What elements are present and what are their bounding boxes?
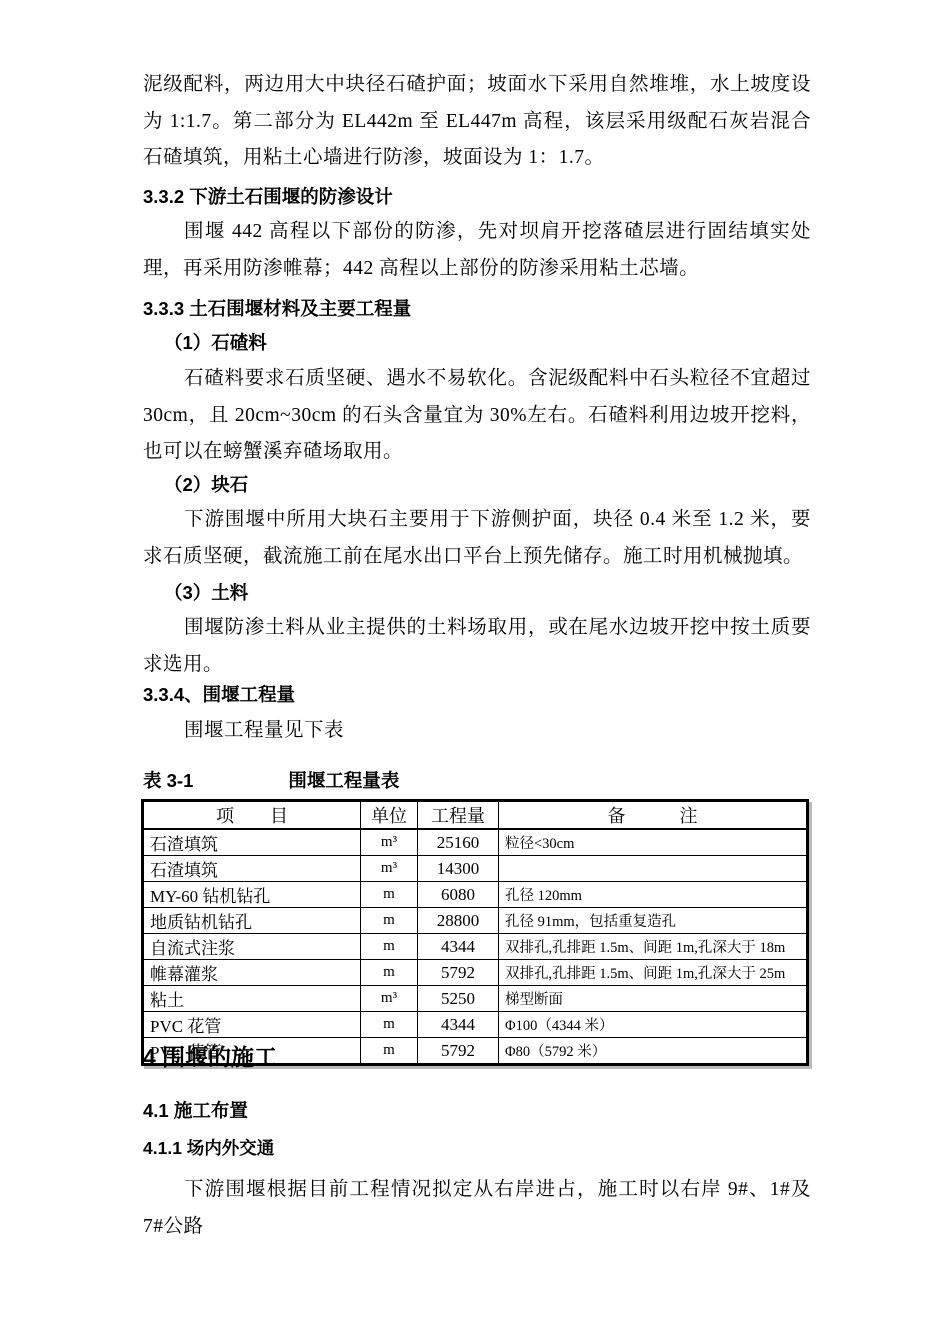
cell-unit: m³	[361, 829, 418, 856]
table-row: 地质钻机钻孔 m 28800 孔径 91mm，包括重复造孔	[143, 908, 808, 934]
col-header-remark: 备 注	[499, 801, 808, 830]
cell-remark: 双排孔,孔排距 1.5m、间距 1m,孔深大于 18m	[499, 934, 808, 960]
cell-quantity: 4344	[418, 934, 499, 960]
table-row: 石渣填筑 m³ 25160 粒径<30cm	[143, 829, 808, 856]
cell-remark: 粒径<30cm	[499, 829, 808, 856]
item-heading-2: （2）块石	[143, 472, 811, 497]
cell-quantity: 14300	[418, 856, 499, 882]
cell-item: 粘土	[143, 986, 361, 1012]
table-caption-title: 围堰工程量表	[288, 768, 399, 793]
cell-unit: m	[361, 960, 418, 986]
quantity-table: 项 目 单位 工程量 备 注 石渣填筑 m³ 25160 粒径<30cm 石渣填…	[141, 799, 809, 1066]
cell-remark: 梯型断面	[499, 986, 808, 1012]
cell-quantity: 6080	[418, 882, 499, 908]
paragraph-4-1-1: 下游围堰根据目前工程情况拟定从右岸进占，施工时以右岸 9#、1#及 7#公路	[143, 1172, 811, 1245]
table-row: 自流式注浆 m 4344 双排孔,孔排距 1.5m、间距 1m,孔深大于 18m	[143, 934, 808, 960]
table-caption: 表 3-1围堰工程量表	[143, 768, 811, 793]
heading-4: 4 围堰的施工	[143, 1042, 811, 1072]
table-row: 帷幕灌浆 m 5792 双排孔,孔排距 1.5m、间距 1m,孔深大于 25m	[143, 960, 808, 986]
table-row: MY-60 钻机钻孔 m 6080 孔径 120mm	[143, 882, 808, 908]
cell-item: 自流式注浆	[143, 934, 361, 960]
heading-3-3-3: 3.3.3 土石围堰材料及主要工程量	[143, 296, 811, 321]
cell-item: 石渣填筑	[143, 856, 361, 882]
cell-unit: m	[361, 1012, 418, 1038]
cell-remark: 孔径 91mm，包括重复造孔	[499, 908, 808, 934]
heading-4-1: 4.1 施工布置	[143, 1098, 811, 1123]
col-header-unit: 单位	[361, 801, 418, 830]
cell-quantity: 5250	[418, 986, 499, 1012]
cell-unit: m	[361, 882, 418, 908]
cell-unit: m	[361, 934, 418, 960]
paragraph-3-3-2: 围堰 442 高程以下部份的防渗，先对坝肩开挖落碴层进行固结填实处理，再采用防渗…	[143, 214, 811, 287]
cell-item: 帷幕灌浆	[143, 960, 361, 986]
item-paragraph-2: 下游围堰中所用大块石主要用于下游侧护面，块径 0.4 米至 1.2 米，要求石质…	[143, 502, 811, 575]
cell-remark: 双排孔,孔排距 1.5m、间距 1m,孔深大于 25m	[499, 960, 808, 986]
col-header-quantity: 工程量	[418, 801, 499, 830]
item-paragraph-3: 围堰防渗土料从业主提供的土料场取用，或在尾水边坡开挖中按土质要求选用。	[143, 610, 811, 683]
cell-quantity: 25160	[418, 829, 499, 856]
heading-3-3-2: 3.3.2 下游土石围堰的防渗设计	[143, 184, 811, 209]
cell-quantity: 4344	[418, 1012, 499, 1038]
item-paragraph-1: 石碴料要求石质坚硬、遇水不易软化。含泥级配料中石头粒径不宜超过 30cm，且 2…	[143, 361, 811, 471]
paragraph-3-3-4: 围堰工程量见下表	[143, 713, 811, 750]
table-row: 粘土 m³ 5250 梯型断面	[143, 986, 808, 1012]
table-caption-label: 表 3-1	[143, 770, 193, 791]
item-heading-3: （3）土料	[143, 580, 811, 605]
table-row: 石渣填筑 m³ 14300	[143, 856, 808, 882]
table-row: PVC 花管 m 4344 Φ100（4344 米）	[143, 1012, 808, 1038]
table-header-row: 项 目 单位 工程量 备 注	[143, 801, 808, 830]
item-heading-1: （1）石碴料	[143, 330, 811, 355]
cell-quantity: 5792	[418, 960, 499, 986]
cell-item: 石渣填筑	[143, 829, 361, 856]
heading-4-1-1: 4.1.1 场内外交通	[143, 1136, 811, 1161]
col-header-item: 项 目	[143, 801, 361, 830]
cell-quantity: 28800	[418, 908, 499, 934]
cell-remark	[499, 856, 808, 882]
cell-item: MY-60 钻机钻孔	[143, 882, 361, 908]
heading-3-3-4: 3.3.4、围堰工程量	[143, 682, 811, 707]
document-page: 泥级配料，两边用大中块径石碴护面；坡面水下采用自然堆堆，水上坡度设为 1:1.7…	[0, 0, 950, 1344]
cell-unit: m³	[361, 856, 418, 882]
cell-remark: Φ100（4344 米）	[499, 1012, 808, 1038]
cell-unit: m	[361, 908, 418, 934]
cell-unit: m³	[361, 986, 418, 1012]
intro-paragraph: 泥级配料，两边用大中块径石碴护面；坡面水下采用自然堆堆，水上坡度设为 1:1.7…	[143, 67, 811, 177]
cell-remark: 孔径 120mm	[499, 882, 808, 908]
cell-item: 地质钻机钻孔	[143, 908, 361, 934]
cell-item: PVC 花管	[143, 1012, 361, 1038]
